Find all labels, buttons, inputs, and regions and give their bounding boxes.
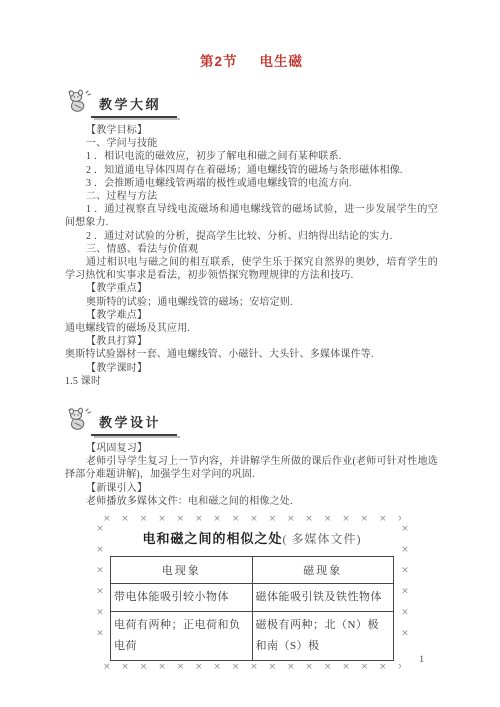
x-stitch-border: × × × × × × × × × ×	[94, 524, 105, 663]
table-header-cell-magnetic: 磁现象	[252, 557, 394, 584]
paragraph: 1.5 课时	[65, 375, 438, 388]
paragraph: 通电螺线管的磁场及其应用.	[65, 322, 438, 335]
numbered-item: 3 ．会推断通电螺线管两端的极性或通电螺线管的电流方向.	[65, 177, 438, 190]
bracket-heading: 【新课引入】	[65, 482, 438, 495]
numbered-item: 2 ．通过对试验的分析，提高学生比较、分析、归纳得出结论的实力.	[65, 230, 438, 243]
table-row: 电荷有两种；正电荷和负电荷 磁极有两种；北（N）极和南（S）极	[111, 612, 394, 661]
similarity-table: 电现象 磁现象 带电体能吸引较小物体 磁体能吸引铁及铁性物体 电荷有两种；正电荷…	[110, 556, 394, 661]
paragraph: 奥斯特的试验；通电螺线管的磁场；安培定则.	[65, 296, 438, 309]
table-cell: 电荷有两种；正电荷和负电荷	[111, 612, 253, 661]
bracket-heading: 【教学课时】	[65, 362, 438, 375]
table-row: 带电体能吸引较小物体 磁体能吸引铁及铁性物体	[111, 584, 394, 612]
section-title-design: 教学设计	[93, 412, 169, 434]
section-header-syllabus: 教学大纲	[65, 89, 438, 116]
page-title: 第2节电生磁	[65, 50, 438, 70]
numbered-item: 1 ．通过视察直导线电流磁场和通电螺线管的磁场试验，进一步发展学生的空间想象力.	[65, 203, 438, 229]
table-header-row: 电现象 磁现象	[111, 557, 394, 584]
section-title-syllabus: 教学大纲	[93, 94, 169, 116]
paragraph: 老师播放多媒体文件：电和磁之间的相像之处.	[65, 495, 438, 508]
paragraph: 通过相识电与磁之间的相互联系，使学生乐于探究自然界的奥妙，培育学生的学习热忱和实…	[65, 256, 438, 282]
bracket-heading: 【教学重点】	[65, 282, 438, 295]
numbered-item: 2 ．知道通电导体四周存在着磁场；通电螺线管的磁场与条形磁体相像.	[65, 164, 438, 177]
box-title: 电和磁之间的相似之处( 多媒体文件)	[110, 528, 394, 548]
pencil-doodle-icon	[66, 89, 93, 116]
table-cell: 磁体能吸引铁及铁性物体	[252, 584, 394, 612]
paragraph: 三、情感、看法与价值观	[65, 243, 438, 256]
document-page: 第2节电生磁 教学大纲	[0, 0, 500, 707]
numbered-item: 1 ．相识电流的磁效应，初步了解电和磁之间有某种联系.	[65, 150, 438, 163]
bracket-heading: 【教具打算】	[65, 335, 438, 348]
bracket-heading: 【教学难点】	[65, 309, 438, 322]
title-topic-label: 电生磁	[260, 54, 304, 69]
similarity-box: × × × × × × × × × × × × × × × × × × × × …	[94, 514, 410, 673]
bracket-heading: 【巩固复习】	[65, 442, 438, 455]
section-header-design: 教学设计	[65, 407, 438, 434]
pencil-doodle-icon	[66, 407, 93, 434]
bracket-heading: 【教学目标】	[65, 124, 438, 137]
page-number: 1	[419, 655, 424, 665]
paragraph: 老师引导学生复习上一节内容，并讲解学生所做的课后作业(老师可针对性地选择部分难题…	[65, 455, 438, 481]
title-section-label: 第2节	[200, 54, 238, 69]
table-cell: 带电体能吸引较小物体	[111, 584, 253, 612]
paragraph: 一、学问与技能	[65, 137, 438, 150]
box-title-subtitle: ( 多媒体文件)	[283, 532, 362, 546]
paragraph: 奥斯特试验器材一套、通电螺线管、小磁针、大头针、多媒体课件等.	[65, 348, 438, 361]
table-cell: 磁极有两种；北（N）极和南（S）极	[252, 612, 394, 661]
box-title-main: 电和磁之间的相似之处	[142, 531, 282, 546]
table-header-cell-electric: 电现象	[111, 557, 253, 584]
paragraph: 二、过程与方法	[65, 190, 438, 203]
document-content: 第2节电生磁 教学大纲	[65, 50, 438, 673]
x-stitch-border: × × × × × × × × × ×	[399, 524, 410, 663]
